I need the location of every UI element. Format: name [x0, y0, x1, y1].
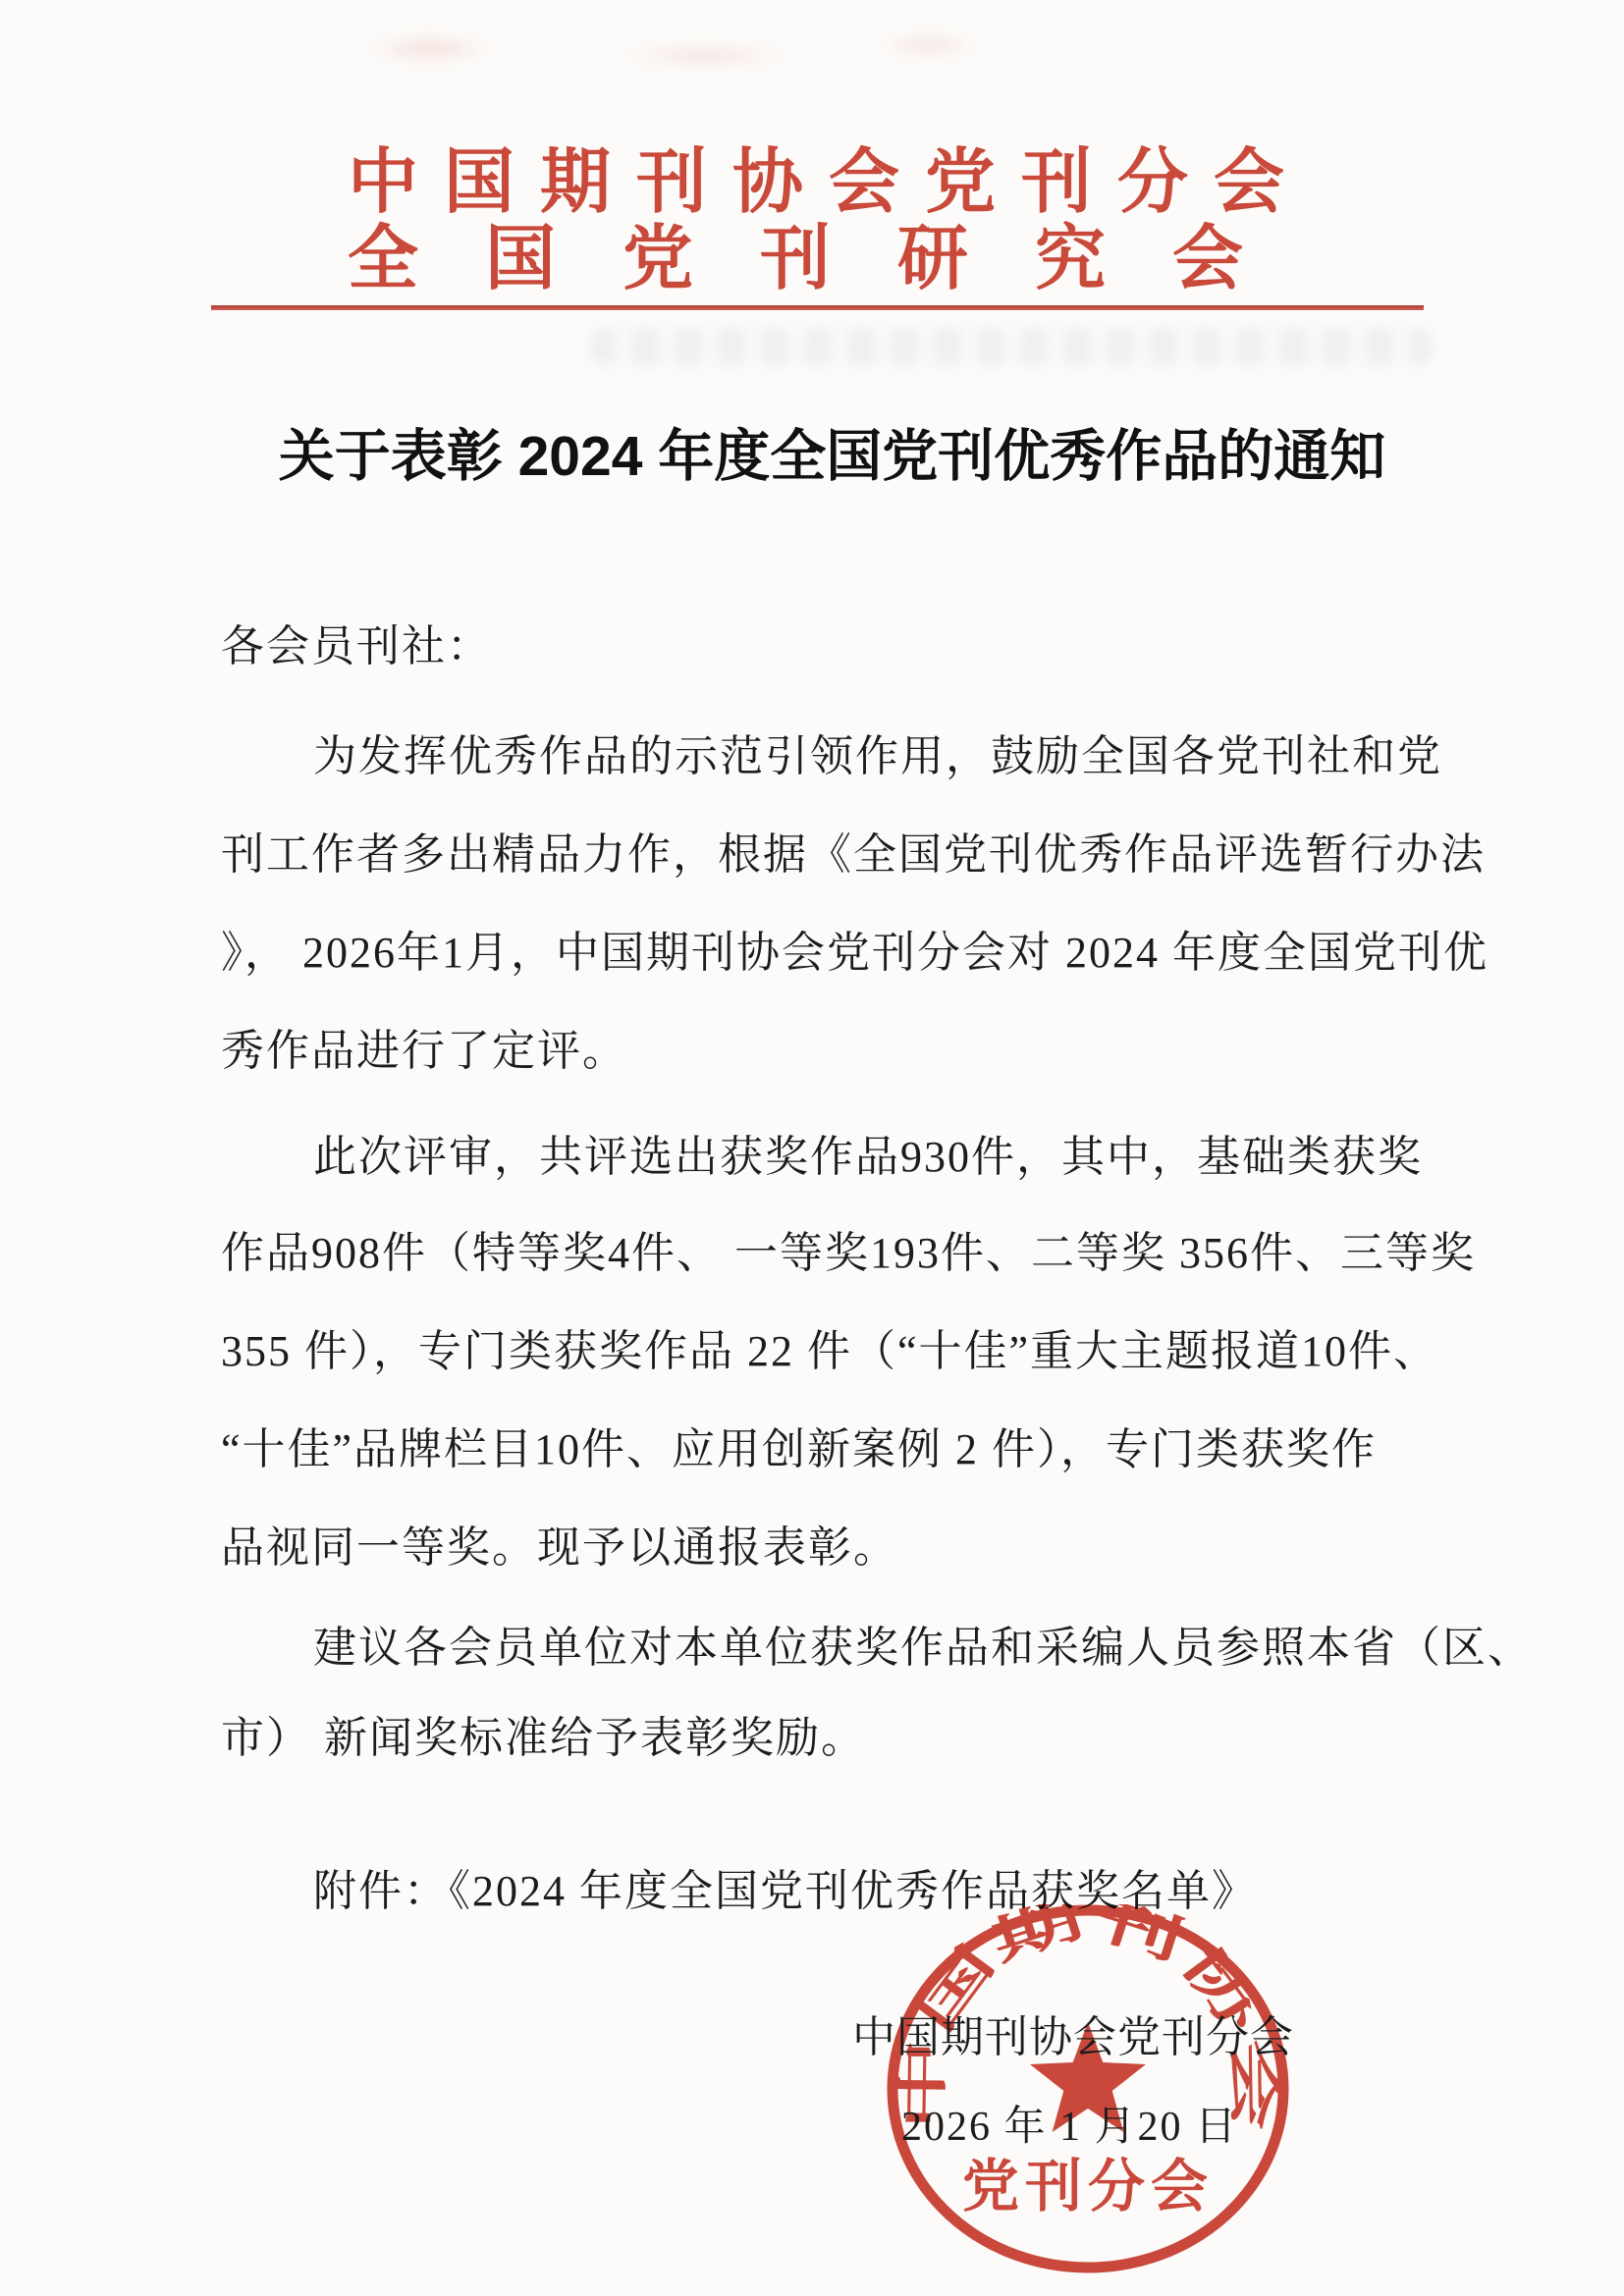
document-title: 关于表彰 2024 年度全国党刊优秀作品的通知 — [221, 424, 1443, 489]
body-line: 355 件），专门类获奖作品 22 件（“十佳”重大主题报道10件、 — [221, 1323, 1497, 1380]
official-notice-document: 中国期刊协会党刊分会 全国党刊研究会 关于表彰 2024 年度全国党刊优秀作品的… — [0, 0, 1624, 2296]
signature-date: 2026 年 1 月20 日 — [901, 2103, 1238, 2152]
body-line: 》， 2026年1月，中国期刊协会党刊分会对 2024 年度全国党刊优 — [221, 925, 1497, 982]
body-line: 建议各会员单位对本单位获奖作品和采编人员参照本省（区、 — [221, 1620, 1590, 1677]
body-line: 品视同一等奖。现予以通报表彰。 — [221, 1520, 1497, 1576]
scan-ink-bleed-artifact — [295, 18, 1041, 86]
official-seal: 中国期刊协会 党刊分会 — [884, 1904, 1292, 2279]
body-line: 刊工作者多出精品力作，根据《全国党刊优秀作品评选暂行办法 — [221, 827, 1497, 883]
body-line: 秀作品进行了定评。 — [221, 1023, 1497, 1080]
body-line: 市） 新闻奖标准给予表彰奖励。 — [221, 1710, 1497, 1767]
body-line: 各会员刊社： — [221, 618, 1497, 675]
body-line: 此次评审，共评选出获奖作品930件，其中，基础类获奖 — [221, 1129, 1590, 1186]
signature-org-name: 中国期刊协会党刊分会 — [852, 2012, 1294, 2063]
scan-ghost-text-artifact — [589, 328, 1434, 365]
letterhead-org-line1: 中国期刊协会党刊分会 — [348, 147, 1310, 218]
letterhead-divider-rule — [211, 305, 1424, 310]
body-line: “十佳”品牌栏目10件、应用创新案例 2 件），专门类获奖作 — [221, 1421, 1497, 1478]
body-line: 为发挥优秀作品的示范引领作用，鼓励全国各党刊社和党 — [221, 728, 1590, 785]
seal-bottom-text: 党刊分会 — [962, 2155, 1214, 2218]
letterhead-org-line2: 全国党刊研究会 — [348, 224, 1310, 294]
body-line: 作品908件（特等奖4件、 一等奖193件、二等奖 356件、三等奖 — [221, 1225, 1497, 1282]
